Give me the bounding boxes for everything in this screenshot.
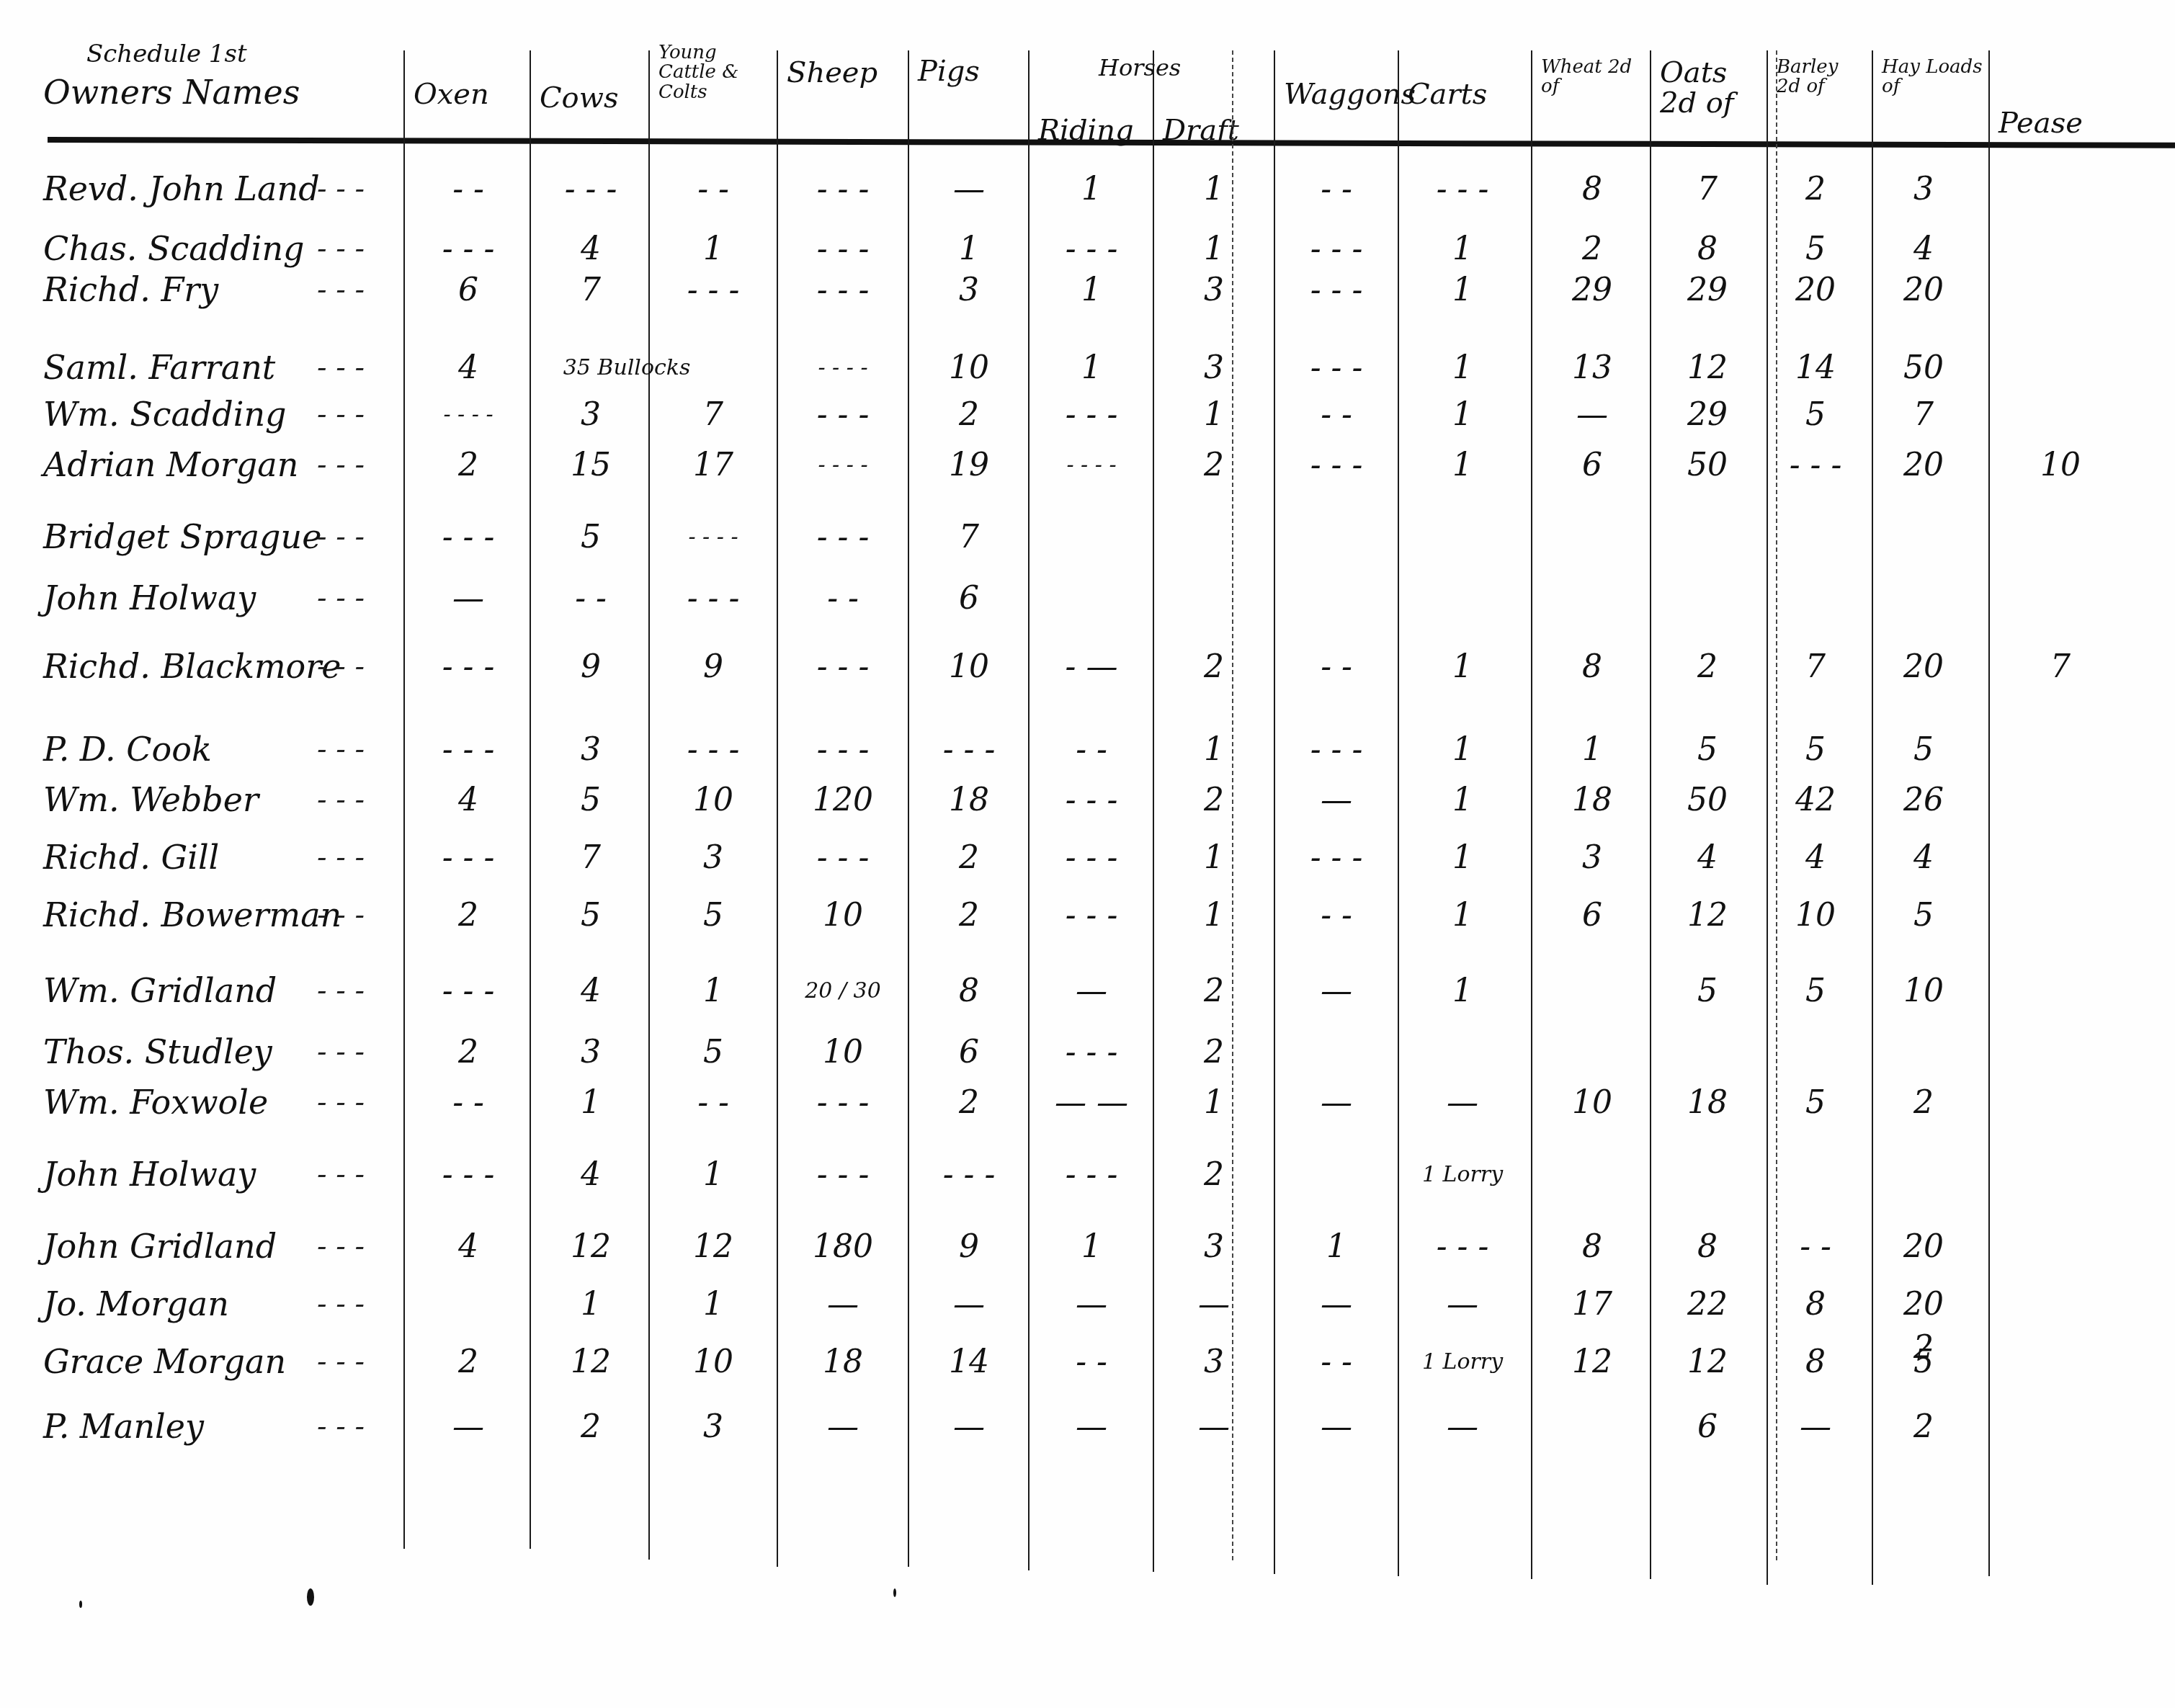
- name-leader-dash: - - -: [317, 783, 365, 816]
- cell-oats: 6: [1697, 1408, 1718, 1445]
- cell-hay: 20: [1903, 1286, 1944, 1323]
- barley-fold-line: [1776, 50, 1777, 1563]
- cell-carts: —: [1447, 1286, 1478, 1323]
- cell-young: 3: [703, 839, 723, 876]
- cell-carts: 1: [1452, 349, 1473, 386]
- owner-name: Chas. Scadding: [43, 229, 304, 268]
- cell-cows: 35 Bullocks: [563, 355, 691, 380]
- cell-carts: - - -: [1437, 1228, 1489, 1265]
- cell-cows: 5: [581, 519, 601, 555]
- cell-pigs: 10: [949, 349, 989, 386]
- owner-name: Saml. Farrant: [43, 348, 275, 387]
- cell-riding: —: [1076, 1408, 1107, 1445]
- cell-sheep: - - -: [817, 1156, 870, 1193]
- cell-barley: 20: [1795, 272, 1836, 308]
- owner-name: Revd. John Land: [43, 169, 320, 208]
- cell-wheat: 8: [1582, 1228, 1602, 1265]
- cell-draft: 1: [1204, 839, 1224, 876]
- cell-waggons: —: [1321, 782, 1352, 818]
- cell-young: 5: [703, 897, 723, 934]
- column-rule: [648, 50, 650, 1560]
- cell-oxen: 4: [458, 782, 478, 818]
- cell-carts: 1: [1452, 973, 1473, 1009]
- cell-sheep: - - -: [817, 231, 870, 267]
- cell-pigs: 6: [959, 580, 979, 617]
- owner-name: John Holway: [43, 578, 256, 617]
- cell-riding: 1: [1081, 1228, 1102, 1265]
- cell-wheat: 10: [1572, 1084, 1612, 1121]
- cell-oats: 12: [1687, 1343, 1728, 1380]
- cell-wheat: 6: [1582, 447, 1602, 483]
- name-leader-dash: - - -: [317, 351, 365, 384]
- cell-cows: 7: [581, 272, 601, 308]
- cell-pigs: —: [953, 1286, 985, 1323]
- cell-waggons: - -: [1321, 648, 1352, 685]
- cell-draft: —: [1198, 1286, 1230, 1323]
- owner-name: Wm. Scadding: [43, 395, 287, 434]
- cell-cows: 4: [581, 1156, 601, 1193]
- name-leader-dash: - - -: [317, 841, 365, 874]
- cell-draft: 2: [1204, 1156, 1224, 1193]
- cell-young: 1: [703, 973, 723, 1009]
- cell-sheep: - - -: [817, 171, 870, 207]
- column-rule: [403, 50, 405, 1549]
- cell-cows: 2: [581, 1408, 601, 1445]
- cell-oxen: 4: [458, 349, 478, 386]
- cell-waggons: - -: [1321, 396, 1352, 433]
- cell-barley: 42: [1795, 782, 1836, 818]
- cell-waggons: 1: [1326, 1228, 1346, 1265]
- cell-riding: - - -: [1066, 839, 1118, 876]
- cell-oats: 50: [1687, 447, 1728, 483]
- cell-sheep: 20 / 30: [805, 978, 881, 1003]
- cell-draft: 1: [1204, 231, 1224, 267]
- column-header-sheep: Sheep: [787, 58, 903, 88]
- cell-cows: 4: [581, 973, 601, 1009]
- cell-waggons: —: [1321, 1408, 1352, 1445]
- cell-wheat: 1: [1582, 731, 1602, 768]
- cell-oats: 29: [1687, 272, 1728, 308]
- name-leader-dash: - - -: [317, 581, 365, 614]
- cell-riding: - —: [1066, 648, 1118, 685]
- column-header-young: Young Cattle & Colts: [658, 43, 772, 102]
- owner-name: Richd. Fry: [43, 270, 218, 309]
- cell-sheep: - - -: [817, 1084, 870, 1121]
- cell-carts: 1 Lorry: [1422, 1162, 1503, 1187]
- cell-oxen: 2: [458, 447, 478, 483]
- owner-name: Richd. Gill: [43, 838, 219, 877]
- cell-carts: 1: [1452, 839, 1473, 876]
- column-header-barley: Barley 2d of: [1777, 58, 1867, 97]
- cell-young: 7: [703, 396, 723, 433]
- cell-waggons: - - -: [1310, 231, 1363, 267]
- column-rule: [1153, 50, 1154, 1572]
- cell-waggons: - - -: [1310, 731, 1363, 768]
- cell-young: 9: [703, 648, 723, 685]
- cell-waggons: - -: [1321, 897, 1352, 934]
- cell-oxen: 4: [458, 1228, 478, 1265]
- cell-draft: 3: [1204, 1228, 1224, 1265]
- cell-oxen: - - -: [442, 519, 495, 555]
- cell-carts: 1: [1452, 396, 1473, 433]
- cell-hay: 10: [1903, 973, 1944, 1009]
- cell-sheep: 10: [823, 1034, 863, 1070]
- column-rule: [1531, 50, 1532, 1579]
- cell-riding: —: [1076, 973, 1107, 1009]
- cell-waggons: - - -: [1310, 839, 1363, 876]
- cell-wheat: 8: [1582, 648, 1602, 685]
- cell-wheat: 13: [1572, 349, 1612, 386]
- cell-waggons: - - -: [1310, 349, 1363, 386]
- cell-riding: - - -: [1066, 782, 1118, 818]
- cell-carts: —: [1447, 1084, 1478, 1121]
- cell-waggons: —: [1321, 973, 1352, 1009]
- cell-oats: 12: [1687, 897, 1728, 934]
- cell-oats: 18: [1687, 1084, 1728, 1121]
- cell-pease: 7: [2050, 648, 2071, 685]
- cell-riding: - -: [1076, 1343, 1107, 1380]
- cell-oats: 29: [1687, 396, 1728, 433]
- cell-pigs: 3: [959, 272, 979, 308]
- cell-sheep: 18: [823, 1343, 863, 1380]
- cell-riding: — —: [1055, 1084, 1128, 1121]
- cell-hay: 4: [1913, 231, 1934, 267]
- cell-oxen: 2: [458, 1343, 478, 1380]
- name-leader-dash: - - -: [317, 1345, 365, 1378]
- owner-name: Richd. Blackmore: [43, 647, 341, 686]
- cell-carts: 1: [1452, 231, 1473, 267]
- cell-wheat: 17: [1572, 1286, 1612, 1323]
- cell-wheat: 12: [1572, 1343, 1612, 1380]
- cell-draft: 1: [1204, 396, 1224, 433]
- owner-name: Jo. Morgan: [43, 1284, 229, 1323]
- cell-pigs: 7: [959, 519, 979, 555]
- owners-names-header: Owners Names: [43, 75, 300, 109]
- cell-oxen: - - - -: [443, 402, 493, 427]
- cell-young: - -: [697, 171, 729, 207]
- cell-riding: - - -: [1066, 1034, 1118, 1070]
- cell-riding: - -: [1076, 731, 1107, 768]
- cell-young: 3: [703, 1408, 723, 1445]
- cell-pigs: 2: [959, 839, 979, 876]
- cell-barley: 14: [1795, 349, 1836, 386]
- name-leader-dash: - - -: [317, 733, 365, 766]
- cell-pigs: 1: [959, 231, 979, 267]
- cell-draft: —: [1198, 1408, 1230, 1445]
- cell-oxen: - - -: [442, 1156, 495, 1193]
- cell-young: 17: [693, 447, 733, 483]
- column-header-oxen: Oxen: [414, 79, 525, 109]
- draft-fold-line: [1232, 50, 1233, 1563]
- cell-draft: 3: [1204, 1343, 1224, 1380]
- cell-waggons: - - -: [1310, 272, 1363, 308]
- column-rule: [908, 50, 909, 1567]
- cell-waggons: - - -: [1310, 447, 1363, 483]
- cell-barley: - - -: [1790, 447, 1842, 483]
- cell-barley: 5: [1805, 396, 1826, 433]
- ledger-page: Schedule 1st Owners Names Horses OxenCow…: [0, 0, 2175, 1708]
- cell-sheep: - - -: [817, 839, 870, 876]
- name-leader-dash: - - -: [317, 398, 365, 431]
- cell-draft: 2: [1204, 648, 1224, 685]
- cell-riding: 1: [1081, 171, 1102, 207]
- owner-name: Grace Morgan: [43, 1342, 286, 1381]
- cell-sheep: —: [827, 1408, 859, 1445]
- owner-name: Thos. Studley: [43, 1032, 272, 1071]
- cell-pigs: - - -: [943, 731, 996, 768]
- cell-young: - - - -: [688, 524, 738, 550]
- column-rule: [1988, 50, 1990, 1576]
- cell-barley: 5: [1805, 1084, 1826, 1121]
- column-header-carts: Carts: [1408, 79, 1527, 109]
- cell-oxen: - - -: [442, 231, 495, 267]
- schedule-title: Schedule 1st: [86, 42, 247, 68]
- cell-hay: 26: [1903, 782, 1944, 818]
- cell-carts: —: [1447, 1408, 1478, 1445]
- cell-barley: 8: [1805, 1286, 1826, 1323]
- column-rule: [530, 50, 531, 1549]
- cell-carts: 1: [1452, 648, 1473, 685]
- cell-oxen: - - -: [442, 648, 495, 685]
- cell-oats: 7: [1697, 171, 1718, 207]
- cell-oxen: - - -: [442, 839, 495, 876]
- cell-wheat: 29: [1572, 272, 1612, 308]
- cell-barley: 7: [1805, 648, 1826, 685]
- cell-hay: 20: [1903, 648, 1944, 685]
- column-header-oats: Oats 2d of: [1660, 58, 1762, 118]
- cell-barley: - -: [1800, 1228, 1831, 1265]
- column-rule: [1028, 50, 1030, 1570]
- cell-draft: 1: [1204, 171, 1224, 207]
- cell-wheat: 18: [1572, 782, 1612, 818]
- cell-oxen: —: [452, 580, 484, 617]
- cell-young: - - -: [687, 272, 740, 308]
- cell-waggons: - -: [1321, 171, 1352, 207]
- cell-hay: 3: [1913, 171, 1934, 207]
- cell-draft: 2: [1204, 447, 1224, 483]
- cell-carts: 1: [1452, 897, 1473, 934]
- cell-oxen: —: [452, 1408, 484, 1445]
- cell-draft: 3: [1204, 349, 1224, 386]
- cell-sheep: —: [827, 1286, 859, 1323]
- cell-hay: 2: [1913, 1084, 1934, 1121]
- cell-sheep: - -: [827, 580, 859, 617]
- name-leader-dash: - - -: [317, 273, 365, 306]
- cell-young: 10: [693, 782, 733, 818]
- cell-cows: 3: [581, 1034, 601, 1070]
- cell-oxen: - - -: [442, 731, 495, 768]
- cell-carts: 1: [1452, 447, 1473, 483]
- cell-oxen: - -: [452, 1084, 484, 1121]
- column-header-pease: Pease: [1998, 108, 2157, 138]
- cell-sheep: 180: [813, 1228, 873, 1265]
- name-leader-dash: - - -: [317, 1086, 365, 1119]
- cell-pigs: 2: [959, 897, 979, 934]
- cell-wheat: 6: [1582, 897, 1602, 934]
- cell-pigs: 14: [949, 1343, 989, 1380]
- cell-barley: 5: [1805, 731, 1826, 768]
- cell-carts: 1: [1452, 782, 1473, 818]
- column-rule: [1767, 50, 1768, 1585]
- name-leader-dash: - - -: [317, 898, 365, 931]
- name-leader-dash: - - -: [317, 448, 365, 481]
- cell-hay: 20: [1903, 447, 1944, 483]
- cell-pigs: —: [953, 1408, 985, 1445]
- cell-waggons: —: [1321, 1084, 1352, 1121]
- owner-name: Wm. Gridland: [43, 971, 277, 1010]
- name-leader-dash: - - -: [317, 1287, 365, 1320]
- name-leader-dash: - - -: [317, 172, 365, 205]
- owner-name: P. D. Cook: [43, 730, 212, 769]
- cell-hay: 50: [1903, 349, 1944, 386]
- ink-dot: [893, 1588, 896, 1597]
- cell-pigs: 2: [959, 1084, 979, 1121]
- cell-young: - -: [697, 1084, 729, 1121]
- cell-sheep: - - -: [817, 519, 870, 555]
- ink-blot: [307, 1588, 314, 1606]
- cell-cows: 5: [581, 782, 601, 818]
- cell-oxen: - - -: [442, 973, 495, 1009]
- cell-draft: 2: [1204, 973, 1224, 1009]
- cell-young: 5: [703, 1034, 723, 1070]
- cell-pigs: —: [953, 171, 985, 207]
- cell-sheep: - - -: [817, 272, 870, 308]
- cell-young: 10: [693, 1343, 733, 1380]
- cell-draft: 3: [1204, 272, 1224, 308]
- cell-barley: 2: [1805, 171, 1826, 207]
- name-leader-dash: - - -: [317, 232, 365, 265]
- cell-carts: 1: [1452, 272, 1473, 308]
- cell-young: 1: [703, 231, 723, 267]
- cell-draft: 1: [1204, 1084, 1224, 1121]
- cell-barley: 8: [1805, 1343, 1826, 1380]
- cell-carts: - - -: [1437, 171, 1489, 207]
- cell-cows: 3: [581, 396, 601, 433]
- cell-cows: 12: [571, 1228, 611, 1265]
- name-leader-dash: - - -: [317, 1035, 365, 1068]
- cell-cows: 12: [571, 1343, 611, 1380]
- column-rule: [1650, 50, 1651, 1579]
- cell-sheep: 120: [813, 782, 873, 818]
- cell-riding: - - -: [1066, 231, 1118, 267]
- cell-oats: 5: [1697, 731, 1718, 768]
- cell-riding: —: [1076, 1286, 1107, 1323]
- cell-riding: - - -: [1066, 897, 1118, 934]
- cell-carts: 1 Lorry: [1422, 1349, 1503, 1374]
- cell-cows: - - -: [565, 171, 617, 207]
- owner-name: Wm. Webber: [43, 780, 259, 819]
- cell-hay: 20: [1903, 1228, 1944, 1265]
- cell-sheep: - - - -: [818, 355, 867, 380]
- owner-name: John Holway: [43, 1155, 256, 1194]
- cell-sheep: 10: [823, 897, 863, 934]
- cell-barley: —: [1800, 1408, 1831, 1445]
- owner-name: Richd. Bowerman: [43, 895, 341, 934]
- owner-name: Adrian Morgan: [43, 445, 298, 484]
- column-rule: [1398, 50, 1399, 1576]
- cell-hay-extra: 2: [1913, 1329, 1934, 1366]
- cell-barley: 4: [1805, 839, 1826, 876]
- name-leader-dash: - - -: [317, 974, 365, 1007]
- cell-sheep: - - - -: [818, 452, 867, 478]
- cell-pigs: - - -: [943, 1156, 996, 1193]
- column-header-waggons: Waggons: [1284, 79, 1393, 109]
- cell-cows: - -: [575, 580, 607, 617]
- cell-riding: - - -: [1066, 396, 1118, 433]
- cell-hay: 20: [1903, 272, 1944, 308]
- name-leader-dash: - - -: [317, 650, 365, 683]
- cell-oxen: 6: [458, 272, 478, 308]
- cell-pigs: 8: [959, 973, 979, 1009]
- cell-cows: 7: [581, 839, 601, 876]
- owner-name: John Gridland: [43, 1227, 277, 1266]
- cell-waggons: - -: [1321, 1343, 1352, 1380]
- cell-pigs: 19: [949, 447, 989, 483]
- column-header-wheat: Wheat 2d of: [1541, 58, 1645, 97]
- cell-barley: 10: [1795, 897, 1836, 934]
- cell-riding: 1: [1081, 272, 1102, 308]
- ink-dot: [79, 1601, 82, 1608]
- column-rule: [777, 50, 778, 1567]
- owner-name: Bridget Sprague: [43, 517, 321, 556]
- cell-oats: 22: [1687, 1286, 1728, 1323]
- cell-pigs: 18: [949, 782, 989, 818]
- name-leader-dash: - - -: [317, 520, 365, 553]
- cell-hay: 5: [1913, 731, 1934, 768]
- cell-cows: 4: [581, 231, 601, 267]
- cell-pigs: 9: [959, 1228, 979, 1265]
- cell-draft: 2: [1204, 782, 1224, 818]
- cell-oats: 12: [1687, 349, 1728, 386]
- column-header-hay: Hay Loads of: [1882, 58, 1984, 97]
- column-header-pigs: Pigs: [918, 56, 1024, 86]
- cell-pigs: 10: [949, 648, 989, 685]
- cell-riding: - - -: [1066, 1156, 1118, 1193]
- cell-wheat: 2: [1582, 231, 1602, 267]
- cell-oats: 5: [1697, 973, 1718, 1009]
- horses-group-header: Horses: [1099, 56, 1181, 81]
- cell-cows: 1: [581, 1084, 601, 1121]
- cell-young: 1: [703, 1156, 723, 1193]
- name-leader-dash: - - -: [317, 1230, 365, 1263]
- cell-hay: 4: [1913, 839, 1934, 876]
- cell-oxen: 2: [458, 1034, 478, 1070]
- cell-pigs: 6: [959, 1034, 979, 1070]
- cell-sheep: - - -: [817, 648, 870, 685]
- cell-waggons: —: [1321, 1286, 1352, 1323]
- cell-sheep: - - -: [817, 396, 870, 433]
- cell-young: - - -: [687, 580, 740, 617]
- cell-cows: 3: [581, 731, 601, 768]
- cell-cows: 1: [581, 1286, 601, 1323]
- cell-wheat: 3: [1582, 839, 1602, 876]
- cell-hay: 7: [1913, 396, 1934, 433]
- cell-young: - - -: [687, 731, 740, 768]
- cell-barley: 5: [1805, 231, 1826, 267]
- cell-oats: 8: [1697, 1228, 1718, 1265]
- cell-young: 12: [693, 1228, 733, 1265]
- cell-riding: - - - -: [1066, 452, 1116, 478]
- cell-pigs: 2: [959, 396, 979, 433]
- cell-oats: 4: [1697, 839, 1718, 876]
- cell-hay: 2: [1913, 1408, 1934, 1445]
- cell-hay: 5: [1913, 897, 1934, 934]
- cell-barley: 5: [1805, 973, 1826, 1009]
- cell-draft: 1: [1204, 731, 1224, 768]
- cell-sheep: - - -: [817, 731, 870, 768]
- cell-cows: 9: [581, 648, 601, 685]
- cell-oats: 2: [1697, 648, 1718, 685]
